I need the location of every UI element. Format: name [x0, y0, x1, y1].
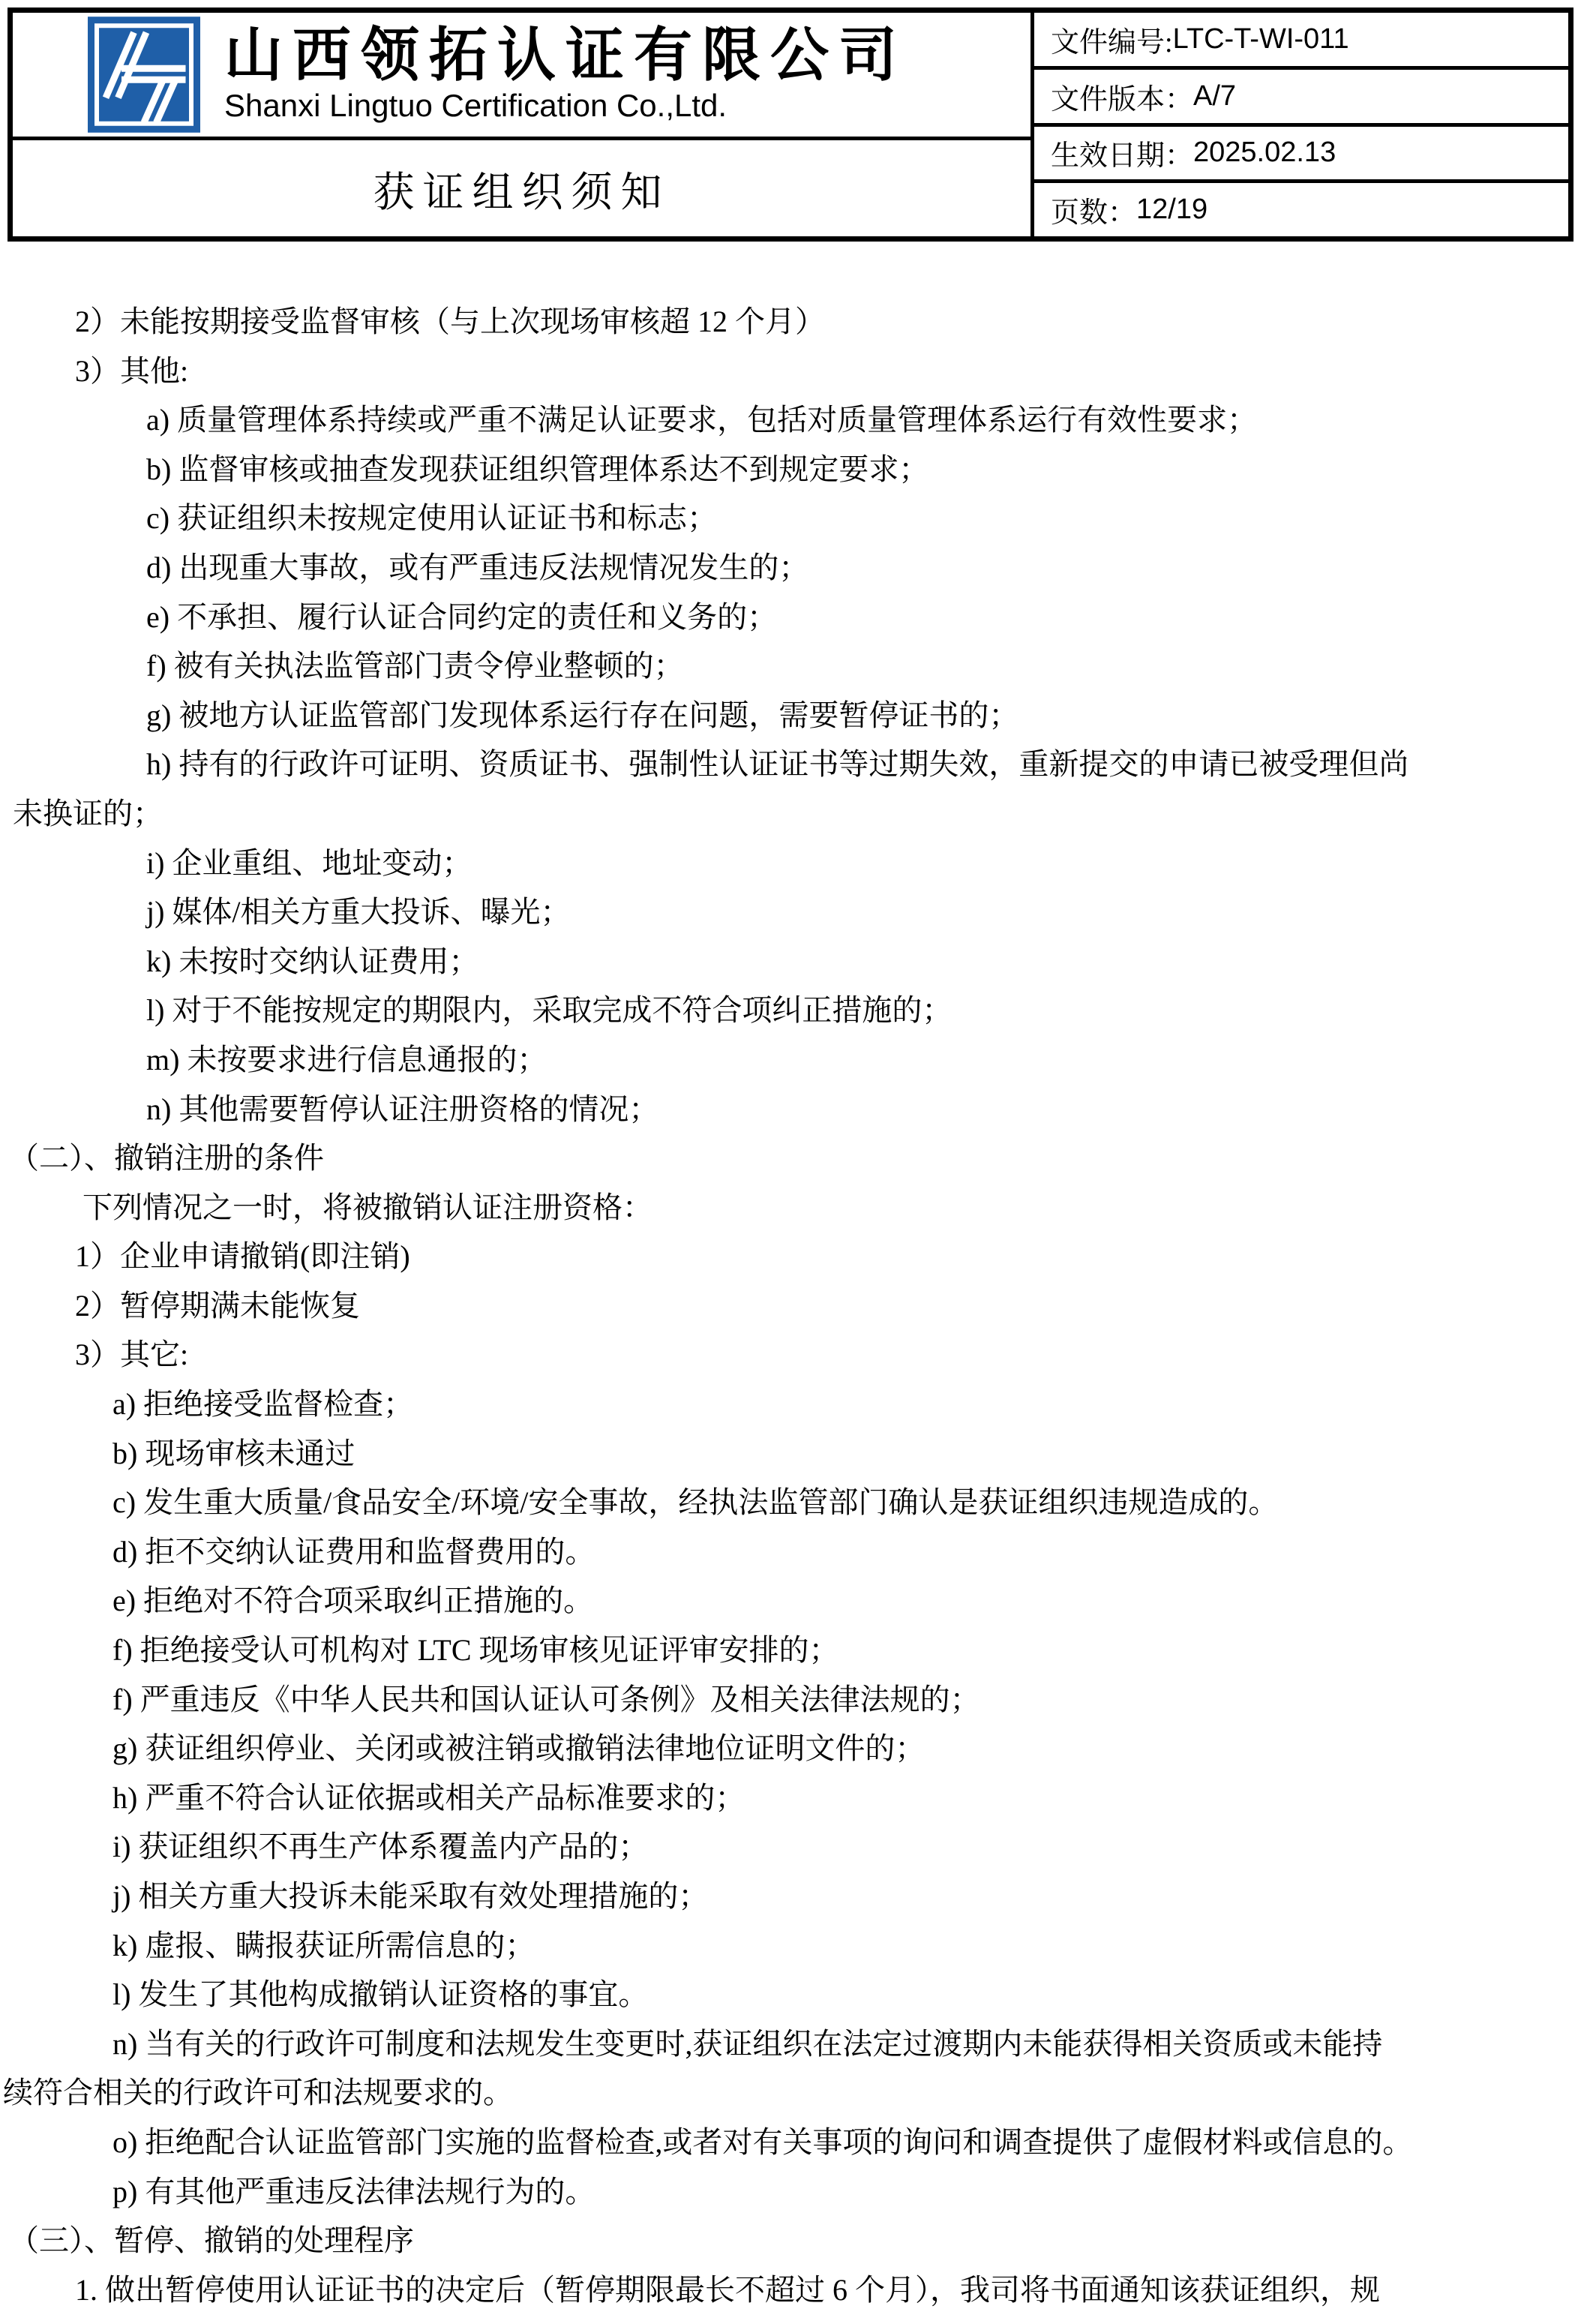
field-value: 2025.02.13: [1193, 137, 1336, 169]
doc-line: 2）未能按期接受监督审核（与上次现场审核超 12 个月）: [75, 297, 1578, 347]
header-table: 山西领拓认证有限公司 Shanxi Lingtuo Certification …: [7, 8, 1573, 242]
doc-line: i) 获证组织不再生产体系覆盖内产品的；: [112, 1822, 1578, 1872]
doc-line: g) 获证组织停业、关闭或被注销或撤销法律地位证明文件的；: [112, 1724, 1578, 1773]
doc-line: b) 现场审核未通过: [112, 1429, 1578, 1479]
doc-line: n) 其他需要暂停认证注册资格的情况；: [146, 1085, 1578, 1134]
company-logo-icon: [88, 17, 200, 133]
doc-line: e) 不承担、履行认证合同约定的责任和义务的；: [146, 593, 1578, 642]
doc-line: h) 持有的行政许可证明、资质证书、强制性认证证书等过期失效，重新提交的申请已被…: [146, 740, 1578, 789]
doc-line: a) 质量管理体系持续或严重不满足认证要求，包括对质量管理体系运行有效性要求；: [146, 395, 1578, 445]
field-row-doc-number: 文件编号:LTC-T-WI-011: [1034, 13, 1568, 70]
doc-line: i) 企业重组、地址变动；: [146, 839, 1578, 888]
doc-line: l) 对于不能按规定的期限内，采取完成不符合项纠正措施的；: [146, 986, 1578, 1035]
doc-line: 2）暂停期满未能恢复: [75, 1281, 1578, 1331]
document-title: 获证组织须知: [373, 159, 670, 218]
doc-line: f) 拒绝接受认可机构对 LTC 现场审核见证评审安排的；: [112, 1626, 1578, 1675]
doc-line: g) 被地方认证监管部门发现体系运行存在问题，需要暂停证书的；: [146, 691, 1578, 740]
doc-line: c) 获证组织未按规定使用认证证书和标志；: [146, 494, 1578, 543]
field-value: 12/19: [1136, 194, 1207, 226]
company-name-cn: 山西领拓认证有限公司: [224, 26, 907, 86]
doc-line: 1）企业申请撤销(即注销): [75, 1232, 1578, 1281]
doc-line: p) 有其他严重违反法律法规行为的。: [112, 2167, 1578, 2217]
field-row-doc-version: 文件版本：A/7: [1034, 70, 1568, 127]
field-row-effective-date: 生效日期：2025.02.13: [1034, 127, 1568, 184]
field-label: 文件编号:: [1051, 19, 1173, 60]
doc-line: 1. 做出暂停使用认证证书的决定后（暂停期限最长不超过 6 个月），我司将书面通…: [75, 2265, 1578, 2315]
field-value: A/7: [1193, 80, 1236, 113]
doc-line: f) 严重违反《中华人民共和国认证认可条例》及相关法律法规的；: [112, 1675, 1578, 1725]
doc-line: e) 拒绝对不符合项采取纠正措施的。: [112, 1576, 1578, 1626]
doc-line: 未换证的；: [13, 789, 1578, 839]
doc-line: k) 虚报、瞒报获证所需信息的；: [112, 1921, 1578, 1971]
doc-line: 下列情况之一时，将被撤销认证注册资格：: [82, 1183, 1578, 1233]
doc-line: （二）、撤销注册的条件: [9, 1133, 1578, 1183]
field-value: LTC-T-WI-011: [1173, 23, 1349, 56]
doc-line: d) 拒不交纳认证费用和监督费用的。: [112, 1527, 1578, 1577]
company-name-en: Shanxi Lingtuo Certification Co.,Ltd.: [224, 88, 907, 124]
doc-line: c) 发生重大质量/食品安全/环境/安全事故，经执法监管部门确认是获证组织违规造…: [112, 1478, 1578, 1527]
doc-line: f) 被有关执法监管部门责令停业整顿的；: [146, 641, 1578, 691]
doc-line: n) 当有关的行政许可制度和法规发生变更时,获证组织在法定过渡期内未能获得相关资…: [112, 2019, 1578, 2069]
doc-line: b) 监督审核或抽查发现获证组织管理体系达不到规定要求；: [146, 445, 1578, 494]
doc-line: j) 媒体/相关方重大投诉、曝光；: [146, 887, 1578, 937]
doc-line: d) 出现重大事故，或有严重违反法规情况发生的；: [146, 543, 1578, 593]
brand-cell: 山西领拓认证有限公司 Shanxi Lingtuo Certification …: [13, 13, 1030, 140]
doc-line: 3）其它:: [75, 1330, 1578, 1380]
header-left-column: 山西领拓认证有限公司 Shanxi Lingtuo Certification …: [13, 13, 1034, 236]
doc-line: m) 未按要求进行信息通报的；: [146, 1035, 1578, 1085]
doc-line: （三）、暂停、撤销的处理程序: [9, 2216, 1578, 2265]
document-body: 2）未能按期接受监督审核（与上次现场审核超 12 个月）3）其他:a) 质量管理…: [0, 297, 1578, 2314]
doc-line: j) 相关方重大投诉未能采取有效处理措施的；: [112, 1872, 1578, 1921]
doc-line: 续符合相关的行政许可和法规要求的。: [3, 2068, 1578, 2118]
doc-line: a) 拒绝接受监督检查；: [112, 1380, 1578, 1429]
field-label: 文件版本：: [1051, 76, 1193, 117]
header-fields: 文件编号:LTC-T-WI-011 文件版本：A/7 生效日期：2025.02.…: [1034, 13, 1568, 236]
title-cell: 获证组织须知: [13, 140, 1030, 236]
company-names: 山西领拓认证有限公司 Shanxi Lingtuo Certification …: [224, 26, 907, 125]
doc-line: o) 拒绝配合认证监管部门实施的监督检查,或者对有关事项的询问和调查提供了虚假材…: [112, 2118, 1578, 2167]
document-page: 山西领拓认证有限公司 Shanxi Lingtuo Certification …: [0, 0, 1581, 2324]
field-label: 生效日期：: [1051, 132, 1193, 173]
doc-line: 3）其他:: [75, 347, 1578, 396]
field-row-page-number: 页数：12/19: [1034, 183, 1568, 236]
doc-line: h) 严重不符合认证依据或相关产品标准要求的；: [112, 1773, 1578, 1823]
field-label: 页数：: [1051, 189, 1136, 230]
doc-line: l) 发生了其他构成撤销认证资格的事宜。: [112, 1970, 1578, 2019]
doc-line: k) 未按时交纳认证费用；: [146, 937, 1578, 986]
